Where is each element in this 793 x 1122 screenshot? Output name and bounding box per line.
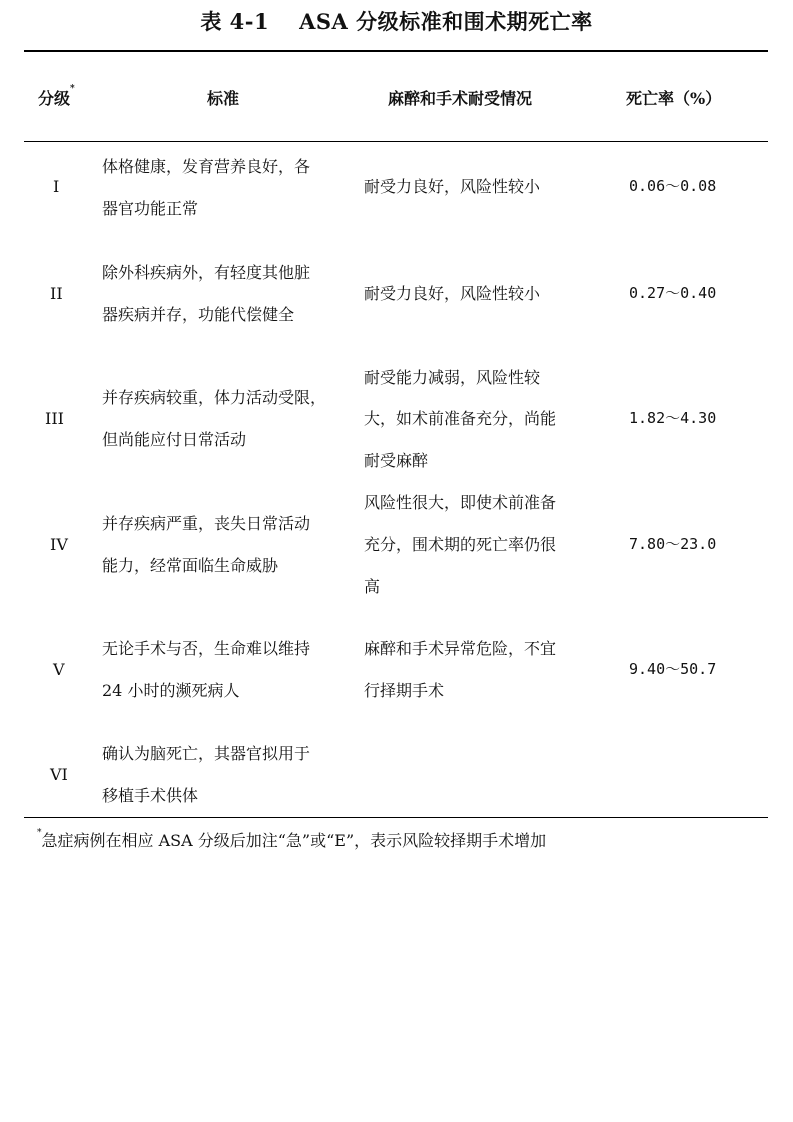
grade-cell: IV [50, 534, 68, 555]
criteria-line: 除外科疾病外，有轻度其他脏 [102, 262, 310, 283]
mortality-cell: 7.80～23.0 [629, 534, 716, 555]
table-number: 表 4-1 [200, 9, 269, 34]
grade-cell: II [50, 283, 63, 304]
criteria-line: 能力，经常面临生命威胁 [102, 555, 278, 576]
tolerance-line: 耐受麻醉 [364, 450, 428, 471]
header-rule [24, 141, 768, 142]
table-title-text: ASA 分级标准和围术期死亡率 [299, 9, 593, 34]
tolerance-line: 耐受能力减弱，风险性较 [364, 367, 540, 388]
grade-cell: V [53, 659, 65, 680]
footnote: *急症病例在相应 ASA 分级后加注“急”或“E”，表示风险较择期手术增加 [37, 828, 546, 851]
header-grade: 分级* [38, 86, 75, 109]
grade-cell: VI [50, 764, 68, 785]
mortality-cell: 0.27～0.40 [629, 283, 716, 304]
tolerance-line: 耐受力良好，风险性较小 [364, 176, 540, 197]
grade-cell: I [53, 176, 59, 197]
header-tolerance: 麻醉和手术耐受情况 [388, 86, 532, 109]
criteria-line: 体格健康，发育营养良好，各 [102, 156, 310, 177]
table-title: 表 4-1ASA 分级标准和围术期死亡率 [0, 6, 793, 36]
tolerance-line: 大，如术前准备充分，尚能 [364, 408, 556, 429]
grade-cell: III [45, 408, 64, 429]
tolerance-line: 高 [364, 576, 380, 597]
header-mortality: 死亡率（%） [626, 86, 721, 109]
tolerance-line: 行择期手术 [364, 680, 444, 701]
criteria-line: 但尚能应付日常活动 [102, 429, 246, 450]
tolerance-line: 耐受力良好，风险性较小 [364, 283, 540, 304]
header-criteria: 标准 [207, 86, 239, 109]
criteria-line: 无论手术与否，生命难以维持 [102, 638, 310, 659]
tolerance-line: 麻醉和手术异常危险，不宜 [364, 638, 556, 659]
bottom-rule [24, 817, 768, 818]
criteria-line: 并存疾病较重，体力活动受限， [102, 387, 326, 408]
criteria-line: 并存疾病严重，丧失日常活动 [102, 513, 310, 534]
criteria-line: 器疾病并存，功能代偿健全 [102, 304, 294, 325]
criteria-line: 移植手术供体 [102, 785, 198, 806]
top-rule [24, 50, 768, 52]
mortality-cell: 9.40～50.7 [629, 659, 716, 680]
criteria-line: 确认为脑死亡，其器官拟用于 [102, 743, 310, 764]
criteria-line: 24 小时的濒死病人 [102, 680, 239, 701]
mortality-cell: 0.06～0.08 [629, 176, 716, 197]
tolerance-line: 风险性很大，即使术前准备 [364, 492, 556, 513]
mortality-cell: 1.82～4.30 [629, 408, 716, 429]
tolerance-line: 充分，围术期的死亡率仍很 [364, 534, 556, 555]
criteria-line: 器官功能正常 [102, 198, 198, 219]
